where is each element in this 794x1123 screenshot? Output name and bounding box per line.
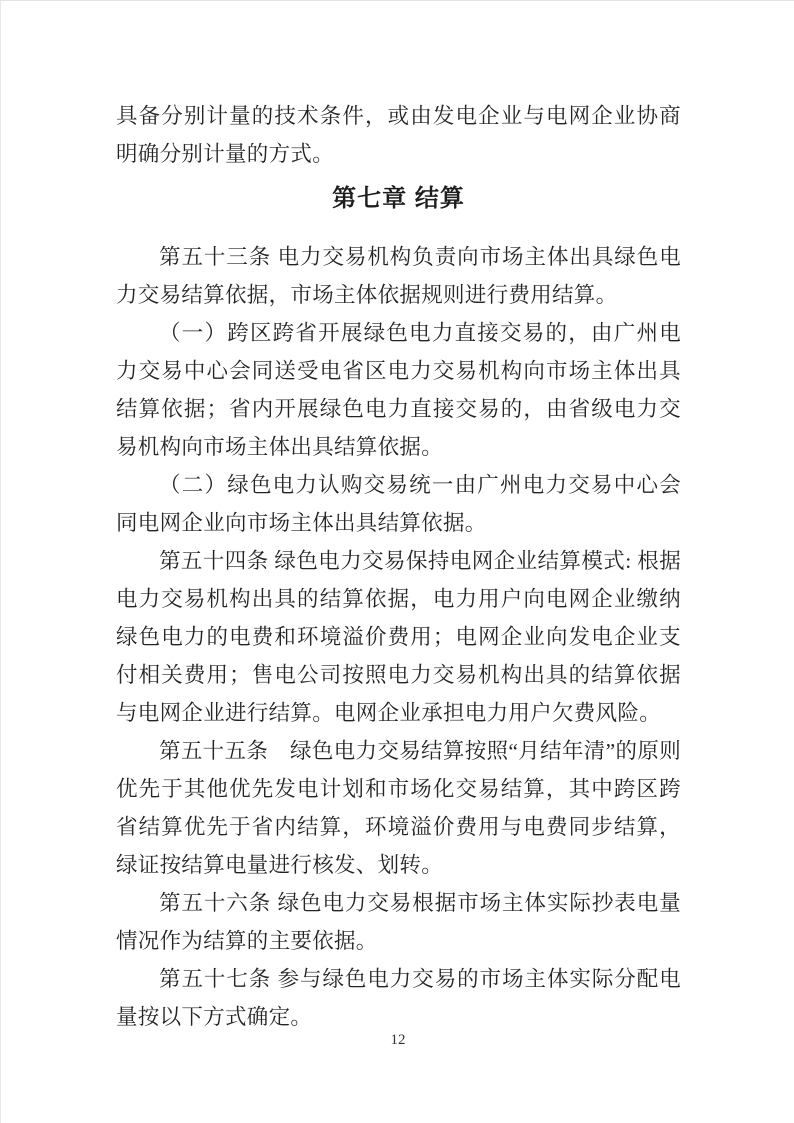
list-item-2-paragraph: （二）绿色电力认购交易统一由广州电力交易中心会同电网企业向市场主体出具结算依据。 <box>116 466 681 542</box>
article-57-paragraph: 第五十七条 参与绿色电力交易的市场主体实际分配电量按以下方式确定。 <box>116 960 681 1036</box>
article-54-paragraph: 第五十四条 绿色电力交易保持电网企业结算模式: 根据电力交易机构出具的结算依据，… <box>116 542 681 732</box>
document-page: 具备分别计量的技术条件，或由发电企业与电网企业协商明确分别计量的方式。 第七章 … <box>0 0 794 1123</box>
article-53-paragraph: 第五十三条 电力交易机构负责向市场主体出具绿色电力交易结算依据，市场主体依据规则… <box>116 238 681 314</box>
document-content: 具备分别计量的技术条件，或由发电企业与电网企业协商明确分别计量的方式。 第七章 … <box>116 97 681 1036</box>
list-item-1-paragraph: （一）跨区跨省开展绿色电力直接交易的，由广州电力交易中心会同送受电省区电力交易机… <box>116 314 681 466</box>
paragraph-continuation: 具备分别计量的技术条件，或由发电企业与电网企业协商明确分别计量的方式。 <box>116 97 681 173</box>
article-56-paragraph: 第五十六条 绿色电力交易根据市场主体实际抄表电量情况作为结算的主要依据。 <box>116 884 681 960</box>
page-number: 12 <box>1 1032 794 1049</box>
chapter-heading: 第七章 结算 <box>116 182 681 216</box>
article-55-paragraph: 第五十五条 绿色电力交易结算按照“月结年清”的原则优先于其他优先发电计划和市场化… <box>116 732 681 884</box>
